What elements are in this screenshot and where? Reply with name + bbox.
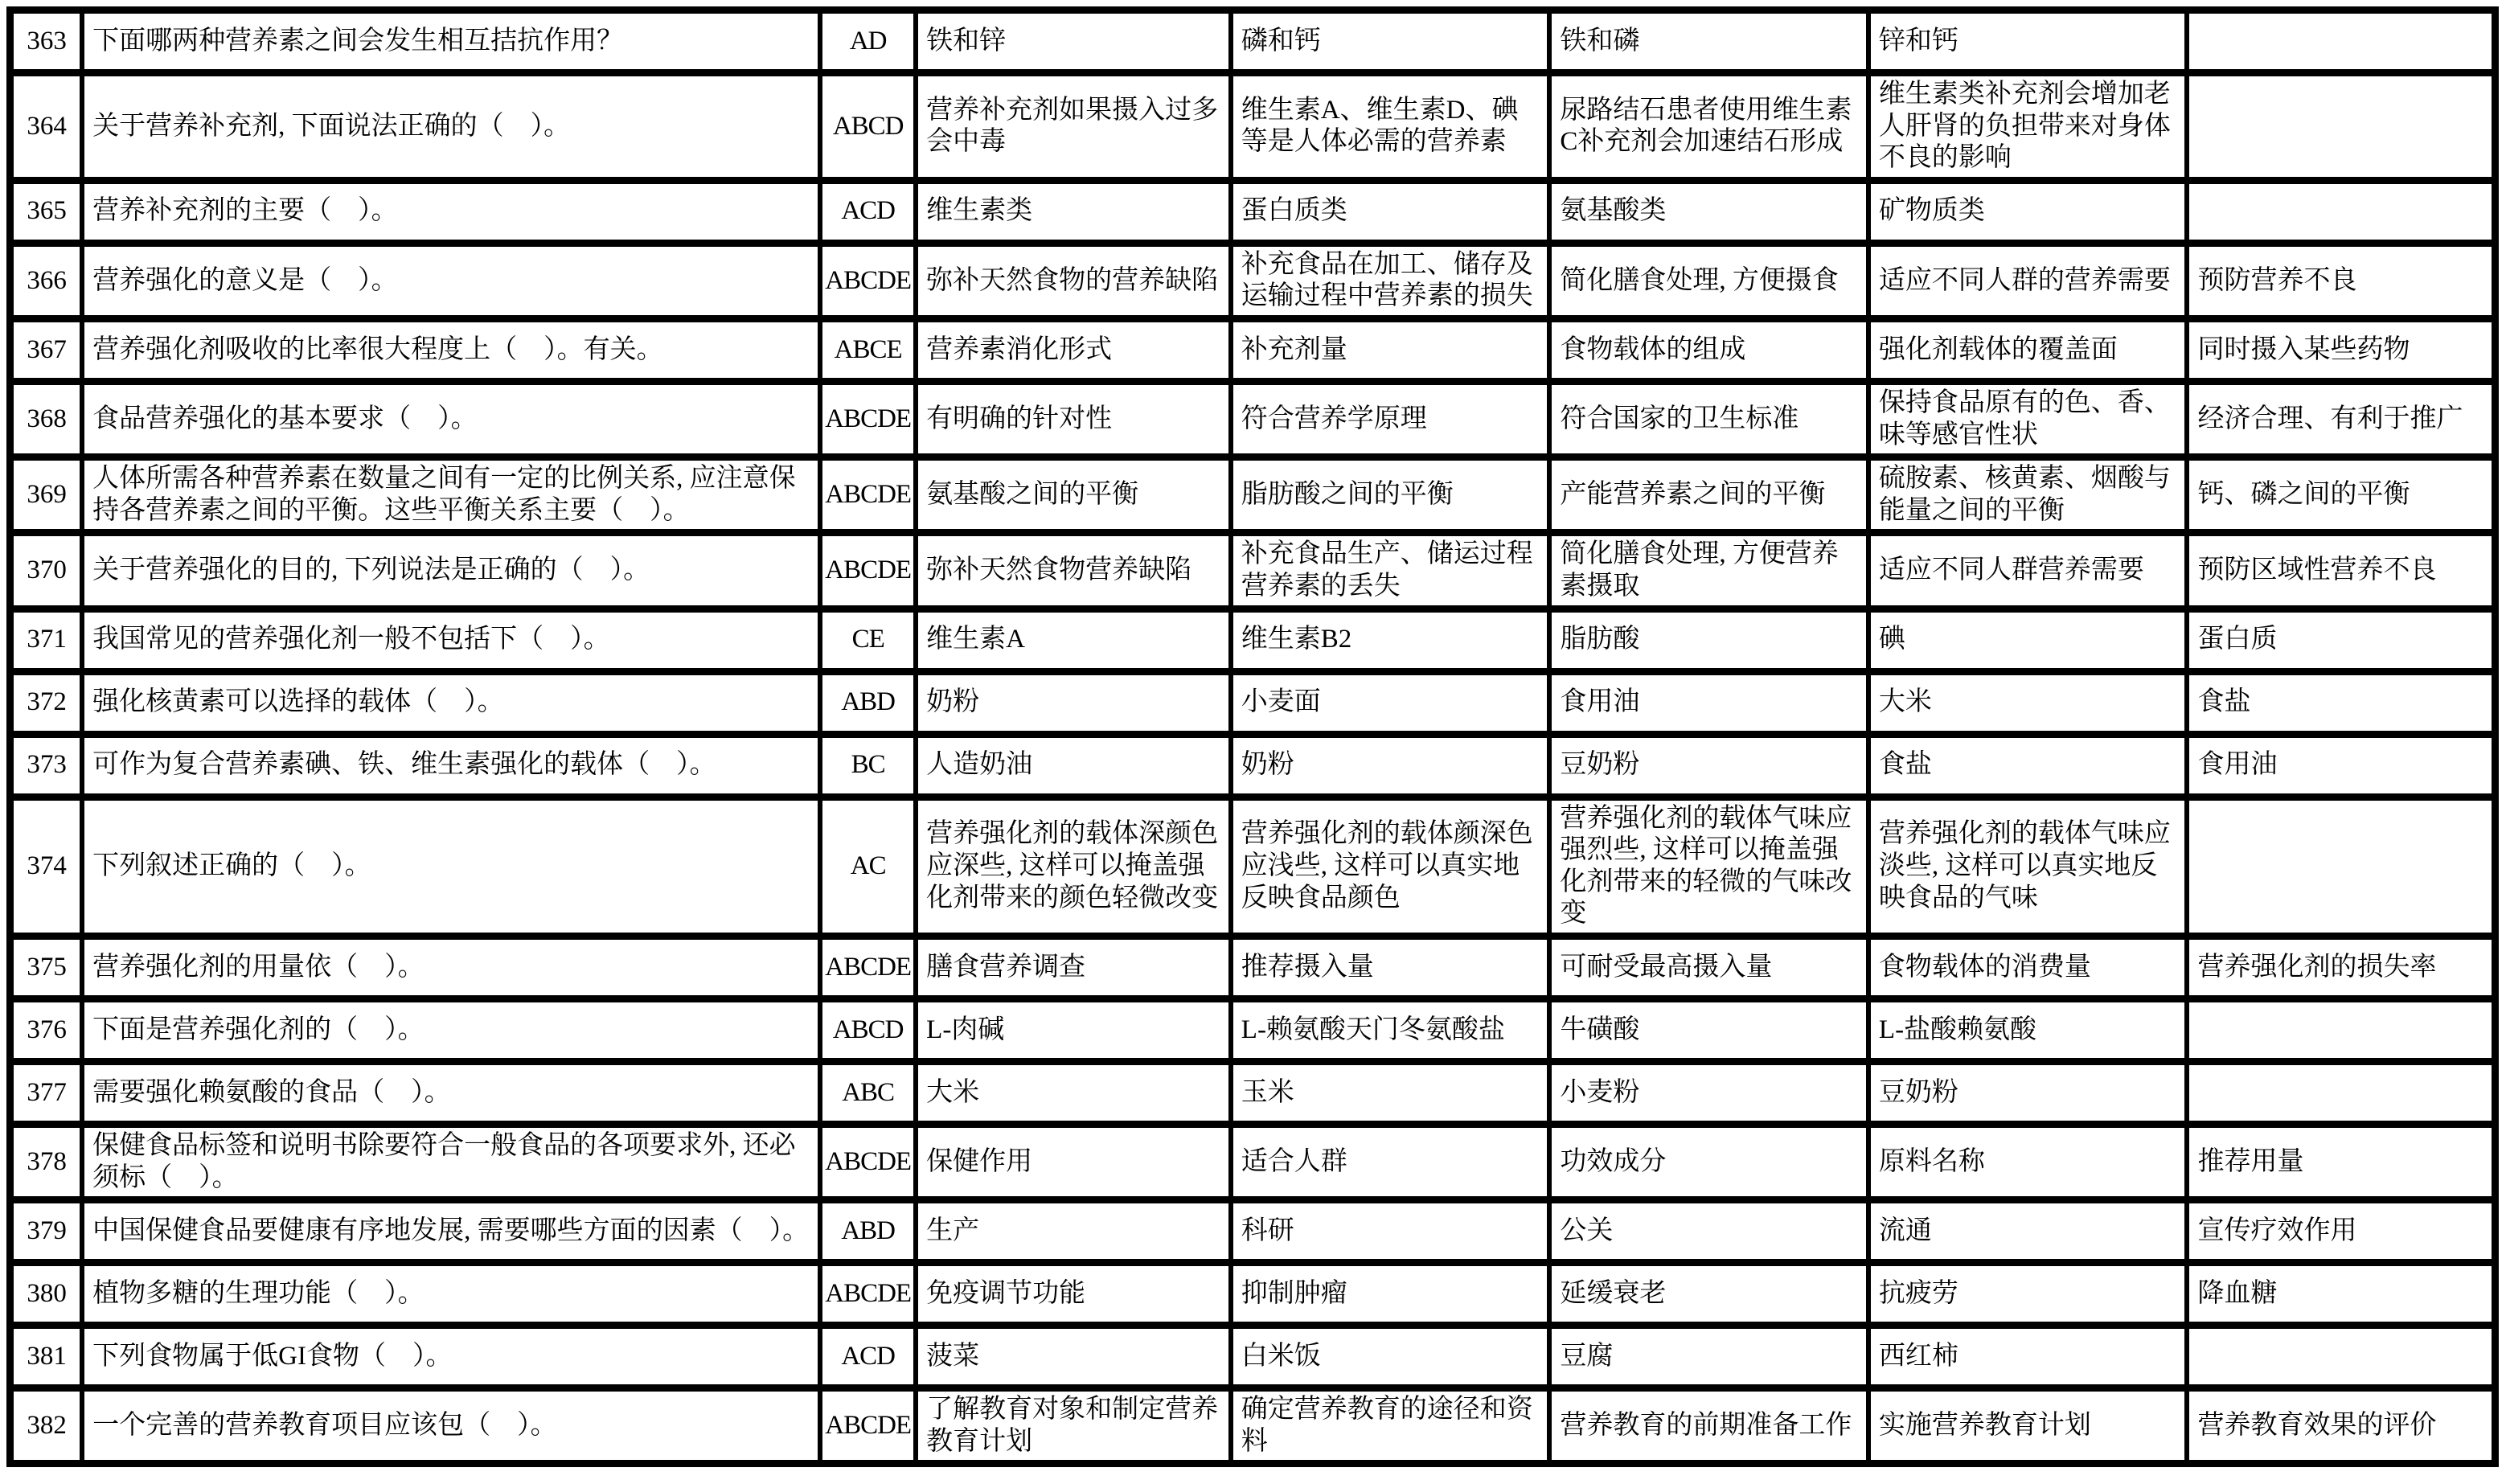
- option-e-cell: 预防区域性营养不良: [2187, 533, 2495, 609]
- option-a-cell: 大米: [916, 1061, 1231, 1124]
- answer-key-cell: ABCDE: [820, 1124, 916, 1199]
- option-c-cell: 符合国家的卫生标准: [1549, 381, 1868, 457]
- option-a-cell: 保健作用: [916, 1124, 1231, 1199]
- question-text-cell: 食品营养强化的基本要求（ ）。: [82, 381, 820, 457]
- option-e-cell: 营养强化剂的损失率: [2187, 936, 2495, 998]
- option-a-cell: 奶粉: [916, 671, 1231, 734]
- option-b-cell: 维生素B2: [1231, 609, 1550, 671]
- answer-key-cell: ABD: [820, 1200, 916, 1263]
- answer-key-cell: ACD: [820, 180, 916, 243]
- table-row: 375 营养强化剂的用量依（ ）。 ABCDE 膳食营养调查 推荐摄入量 可耐受…: [10, 936, 2496, 998]
- option-c-cell: 脂肪酸: [1549, 609, 1868, 671]
- option-e-cell: 营养教育效果的评价: [2187, 1388, 2495, 1464]
- question-text-cell: 营养补充剂的主要（ ）。: [82, 180, 820, 243]
- table-row: 366 营养强化的意义是（ ）。 ABCDE 弥补天然食物的营养缺陷 补充食品在…: [10, 243, 2496, 318]
- option-b-cell: 补充食品在加工、储存及运输过程中营养素的损失: [1231, 243, 1550, 318]
- question-number-cell: 365: [10, 180, 83, 243]
- option-c-cell: 豆奶粉: [1549, 734, 1868, 797]
- option-a-cell: 了解教育对象和制定营养教育计划: [916, 1388, 1231, 1464]
- option-a-cell: 生产: [916, 1200, 1231, 1263]
- option-b-cell: 适合人群: [1231, 1124, 1550, 1199]
- option-d-cell: 强化剂载体的覆盖面: [1868, 318, 2188, 381]
- option-c-cell: 尿路结石患者使用维生素C补充剂会加速结石形成: [1549, 73, 1868, 181]
- question-bank-table: 363 下面哪两种营养素之间会发生相互拮抗作用？ AD 铁和锌 磷和钙 铁和磷 …: [6, 6, 2499, 1467]
- question-number-cell: 375: [10, 936, 83, 998]
- option-b-cell: 符合营养学原理: [1231, 381, 1550, 457]
- option-e-cell: [2187, 998, 2495, 1061]
- question-number-cell: 366: [10, 243, 83, 318]
- option-d-cell: 实施营养教育计划: [1868, 1388, 2188, 1464]
- option-a-cell: 营养素消化形式: [916, 318, 1231, 381]
- table-row: 379 中国保健食品要健康有序地发展, 需要哪些方面的因素（ ）。 ABD 生产…: [10, 1200, 2496, 1263]
- option-b-cell: 推荐摄入量: [1231, 936, 1550, 998]
- option-d-cell: 营养强化剂的载体气味应淡些, 这样可以真实地反映食品的气味: [1868, 797, 2188, 936]
- table-row: 371 我国常见的营养强化剂一般不包括下（ ）。 CE 维生素A 维生素B2 脂…: [10, 609, 2496, 671]
- option-e-cell: 宣传疗效作用: [2187, 1200, 2495, 1263]
- option-d-cell: L-盐酸赖氨酸: [1868, 998, 2188, 1061]
- option-d-cell: 维生素类补充剂会增加老人肝肾的负担带来对身体不良的影响: [1868, 73, 2188, 181]
- question-number-cell: 372: [10, 671, 83, 734]
- table-row: 380 植物多糖的生理功能（ ）。 ABCDE 免疫调节功能 抑制肿瘤 延缓衰老…: [10, 1263, 2496, 1326]
- option-c-cell: 食物载体的组成: [1549, 318, 1868, 381]
- question-number-cell: 363: [10, 10, 83, 73]
- answer-key-cell: ACD: [820, 1326, 916, 1388]
- option-b-cell: 小麦面: [1231, 671, 1550, 734]
- option-c-cell: 产能营养素之间的平衡: [1549, 457, 1868, 533]
- question-text-cell: 关于营养强化的目的, 下列说法是正确的（ ）。: [82, 533, 820, 609]
- question-text-cell: 人体所需各种营养素在数量之间有一定的比例关系, 应注意保持各营养素之间的平衡。这…: [82, 457, 820, 533]
- table-row: 382 一个完善的营养教育项目应该包（ ）。 ABCDE 了解教育对象和制定营养…: [10, 1388, 2496, 1464]
- option-c-cell: 延缓衰老: [1549, 1263, 1868, 1326]
- question-number-cell: 382: [10, 1388, 83, 1464]
- option-c-cell: 牛磺酸: [1549, 998, 1868, 1061]
- table-row: 381 下列食物属于低GI食物（ ）。 ACD 菠菜 白米饭 豆腐 西红柿: [10, 1326, 2496, 1388]
- answer-key-cell: ABCD: [820, 998, 916, 1061]
- option-b-cell: 补充食品生产、储运过程营养素的丢失: [1231, 533, 1550, 609]
- question-text-cell: 下面是营养强化剂的（ ）。: [82, 998, 820, 1061]
- option-c-cell: 可耐受最高摄入量: [1549, 936, 1868, 998]
- option-e-cell: [2187, 1061, 2495, 1124]
- answer-key-cell: AD: [820, 10, 916, 73]
- question-text-cell: 下面哪两种营养素之间会发生相互拮抗作用？: [82, 10, 820, 73]
- table-row: 368 食品营养强化的基本要求（ ）。 ABCDE 有明确的针对性 符合营养学原…: [10, 381, 2496, 457]
- question-number-cell: 367: [10, 318, 83, 381]
- question-table-body: 363 下面哪两种营养素之间会发生相互拮抗作用？ AD 铁和锌 磷和钙 铁和磷 …: [10, 10, 2496, 1464]
- option-a-cell: 营养补充剂如果摄入过多会中毒: [916, 73, 1231, 181]
- option-b-cell: 磷和钙: [1231, 10, 1550, 73]
- table-row: 365 营养补充剂的主要（ ）。 ACD 维生素类 蛋白质类 氨基酸类 矿物质类: [10, 180, 2496, 243]
- question-number-cell: 364: [10, 73, 83, 181]
- question-text-cell: 可作为复合营养素碘、铁、维生素强化的载体（ ）。: [82, 734, 820, 797]
- question-text-cell: 强化核黄素可以选择的载体（ ）。: [82, 671, 820, 734]
- option-c-cell: 食用油: [1549, 671, 1868, 734]
- option-a-cell: 人造奶油: [916, 734, 1231, 797]
- option-b-cell: L-赖氨酸天门冬氨酸盐: [1231, 998, 1550, 1061]
- option-c-cell: 氨基酸类: [1549, 180, 1868, 243]
- question-text-cell: 保健食品标签和说明书除要符合一般食品的各项要求外, 还必须标（ ）。: [82, 1124, 820, 1199]
- answer-key-cell: ABCDE: [820, 457, 916, 533]
- option-a-cell: L-肉碱: [916, 998, 1231, 1061]
- option-e-cell: [2187, 73, 2495, 181]
- option-b-cell: 确定营养教育的途径和资料: [1231, 1388, 1550, 1464]
- question-number-cell: 369: [10, 457, 83, 533]
- question-text-cell: 营养强化剂的用量依（ ）。: [82, 936, 820, 998]
- option-a-cell: 营养强化剂的载体深颜色应深些, 这样可以掩盖强化剂带来的颜色轻微改变: [916, 797, 1231, 936]
- table-row: 370 关于营养强化的目的, 下列说法是正确的（ ）。 ABCDE 弥补天然食物…: [10, 533, 2496, 609]
- question-number-cell: 368: [10, 381, 83, 457]
- question-number-cell: 376: [10, 998, 83, 1061]
- table-row: 363 下面哪两种营养素之间会发生相互拮抗作用？ AD 铁和锌 磷和钙 铁和磷 …: [10, 10, 2496, 73]
- question-number-cell: 374: [10, 797, 83, 936]
- option-d-cell: 原料名称: [1868, 1124, 2188, 1199]
- option-d-cell: 适应不同人群的营养需要: [1868, 243, 2188, 318]
- option-d-cell: 抗疲劳: [1868, 1263, 2188, 1326]
- option-a-cell: 免疫调节功能: [916, 1263, 1231, 1326]
- table-row: 376 下面是营养强化剂的（ ）。 ABCD L-肉碱 L-赖氨酸天门冬氨酸盐 …: [10, 998, 2496, 1061]
- option-d-cell: 豆奶粉: [1868, 1061, 2188, 1124]
- option-d-cell: 西红柿: [1868, 1326, 2188, 1388]
- option-c-cell: 公关: [1549, 1200, 1868, 1263]
- option-a-cell: 膳食营养调查: [916, 936, 1231, 998]
- option-d-cell: 大米: [1868, 671, 2188, 734]
- option-a-cell: 弥补天然食物的营养缺陷: [916, 243, 1231, 318]
- table-row: 369 人体所需各种营养素在数量之间有一定的比例关系, 应注意保持各营养素之间的…: [10, 457, 2496, 533]
- table-row: 374 下列叙述正确的（ ）。 AC 营养强化剂的载体深颜色应深些, 这样可以掩…: [10, 797, 2496, 936]
- option-c-cell: 简化膳食处理, 方便摄食: [1549, 243, 1868, 318]
- option-b-cell: 营养强化剂的载体颜深色应浅些, 这样可以真实地反映食品颜色: [1231, 797, 1550, 936]
- option-a-cell: 菠菜: [916, 1326, 1231, 1388]
- option-d-cell: 硫胺素、核黄素、烟酸与能量之间的平衡: [1868, 457, 2188, 533]
- option-d-cell: 食物载体的消费量: [1868, 936, 2188, 998]
- answer-key-cell: ABCDE: [820, 533, 916, 609]
- answer-key-cell: BC: [820, 734, 916, 797]
- question-text-cell: 营养强化的意义是（ ）。: [82, 243, 820, 318]
- option-a-cell: 有明确的针对性: [916, 381, 1231, 457]
- option-d-cell: 保持食品原有的色、香、味等感官性状: [1868, 381, 2188, 457]
- answer-key-cell: ABCDE: [820, 381, 916, 457]
- option-b-cell: 科研: [1231, 1200, 1550, 1263]
- option-c-cell: 铁和磷: [1549, 10, 1868, 73]
- answer-key-cell: ABCE: [820, 318, 916, 381]
- option-a-cell: 弥补天然食物营养缺陷: [916, 533, 1231, 609]
- option-e-cell: 降血糖: [2187, 1263, 2495, 1326]
- option-b-cell: 补充剂量: [1231, 318, 1550, 381]
- table-row: 378 保健食品标签和说明书除要符合一般食品的各项要求外, 还必须标（ ）。 A…: [10, 1124, 2496, 1199]
- answer-key-cell: ABCDE: [820, 936, 916, 998]
- option-b-cell: 蛋白质类: [1231, 180, 1550, 243]
- question-text-cell: 营养强化剂吸收的比率很大程度上（ ）。有关。: [82, 318, 820, 381]
- answer-key-cell: ABD: [820, 671, 916, 734]
- table-row: 364 关于营养补充剂, 下面说法正确的（ ）。 ABCD 营养补充剂如果摄入过…: [10, 73, 2496, 181]
- option-d-cell: 碘: [1868, 609, 2188, 671]
- option-e-cell: 同时摄入某些药物: [2187, 318, 2495, 381]
- option-e-cell: 蛋白质: [2187, 609, 2495, 671]
- option-e-cell: 食盐: [2187, 671, 2495, 734]
- option-e-cell: [2187, 1326, 2495, 1388]
- question-number-cell: 378: [10, 1124, 83, 1199]
- question-number-cell: 371: [10, 609, 83, 671]
- option-a-cell: 氨基酸之间的平衡: [916, 457, 1231, 533]
- table-row: 372 强化核黄素可以选择的载体（ ）。 ABD 奶粉 小麦面 食用油 大米 食…: [10, 671, 2496, 734]
- option-c-cell: 功效成分: [1549, 1124, 1868, 1199]
- option-e-cell: 预防营养不良: [2187, 243, 2495, 318]
- option-b-cell: 白米饭: [1231, 1326, 1550, 1388]
- option-b-cell: 维生素A、维生素D、碘等是人体必需的营养素: [1231, 73, 1550, 181]
- option-a-cell: 铁和锌: [916, 10, 1231, 73]
- option-d-cell: 矿物质类: [1868, 180, 2188, 243]
- question-number-cell: 380: [10, 1263, 83, 1326]
- question-number-cell: 379: [10, 1200, 83, 1263]
- question-text-cell: 我国常见的营养强化剂一般不包括下（ ）。: [82, 609, 820, 671]
- option-e-cell: 推荐用量: [2187, 1124, 2495, 1199]
- option-b-cell: 抑制肿瘤: [1231, 1263, 1550, 1326]
- option-b-cell: 脂肪酸之间的平衡: [1231, 457, 1550, 533]
- option-d-cell: 食盐: [1868, 734, 2188, 797]
- option-d-cell: 锌和钙: [1868, 10, 2188, 73]
- answer-key-cell: ABCD: [820, 73, 916, 181]
- option-e-cell: 经济合理、有利于推广: [2187, 381, 2495, 457]
- question-text-cell: 植物多糖的生理功能（ ）。: [82, 1263, 820, 1326]
- answer-key-cell: ABCDE: [820, 1388, 916, 1464]
- option-e-cell: [2187, 180, 2495, 243]
- answer-key-cell: ABCDE: [820, 243, 916, 318]
- option-b-cell: 玉米: [1231, 1061, 1550, 1124]
- option-c-cell: 豆腐: [1549, 1326, 1868, 1388]
- question-text-cell: 中国保健食品要健康有序地发展, 需要哪些方面的因素（ ）。: [82, 1200, 820, 1263]
- option-a-cell: 维生素A: [916, 609, 1231, 671]
- answer-key-cell: CE: [820, 609, 916, 671]
- table-row: 373 可作为复合营养素碘、铁、维生素强化的载体（ ）。 BC 人造奶油 奶粉 …: [10, 734, 2496, 797]
- question-number-cell: 373: [10, 734, 83, 797]
- option-e-cell: 钙、磷之间的平衡: [2187, 457, 2495, 533]
- table-row: 377 需要强化赖氨酸的食品（ ）。 ABC 大米 玉米 小麦粉 豆奶粉: [10, 1061, 2496, 1124]
- question-text-cell: 一个完善的营养教育项目应该包（ ）。: [82, 1388, 820, 1464]
- option-b-cell: 奶粉: [1231, 734, 1550, 797]
- option-e-cell: [2187, 10, 2495, 73]
- option-c-cell: 营养教育的前期准备工作: [1549, 1388, 1868, 1464]
- option-d-cell: 适应不同人群营养需要: [1868, 533, 2188, 609]
- option-d-cell: 流通: [1868, 1200, 2188, 1263]
- option-c-cell: 简化膳食处理, 方便营养素摄取: [1549, 533, 1868, 609]
- question-text-cell: 下列食物属于低GI食物（ ）。: [82, 1326, 820, 1388]
- option-e-cell: 食用油: [2187, 734, 2495, 797]
- answer-key-cell: AC: [820, 797, 916, 936]
- option-e-cell: [2187, 797, 2495, 936]
- question-number-cell: 377: [10, 1061, 83, 1124]
- question-text-cell: 关于营养补充剂, 下面说法正确的（ ）。: [82, 73, 820, 181]
- table-row: 367 营养强化剂吸收的比率很大程度上（ ）。有关。 ABCE 营养素消化形式 …: [10, 318, 2496, 381]
- option-a-cell: 维生素类: [916, 180, 1231, 243]
- answer-key-cell: ABCDE: [820, 1263, 916, 1326]
- question-number-cell: 370: [10, 533, 83, 609]
- question-text-cell: 下列叙述正确的（ ）。: [82, 797, 820, 936]
- answer-key-cell: ABC: [820, 1061, 916, 1124]
- option-c-cell: 小麦粉: [1549, 1061, 1868, 1124]
- question-number-cell: 381: [10, 1326, 83, 1388]
- option-c-cell: 营养强化剂的载体气味应强烈些, 这样可以掩盖强化剂带来的轻微的气味改变: [1549, 797, 1868, 936]
- question-text-cell: 需要强化赖氨酸的食品（ ）。: [82, 1061, 820, 1124]
